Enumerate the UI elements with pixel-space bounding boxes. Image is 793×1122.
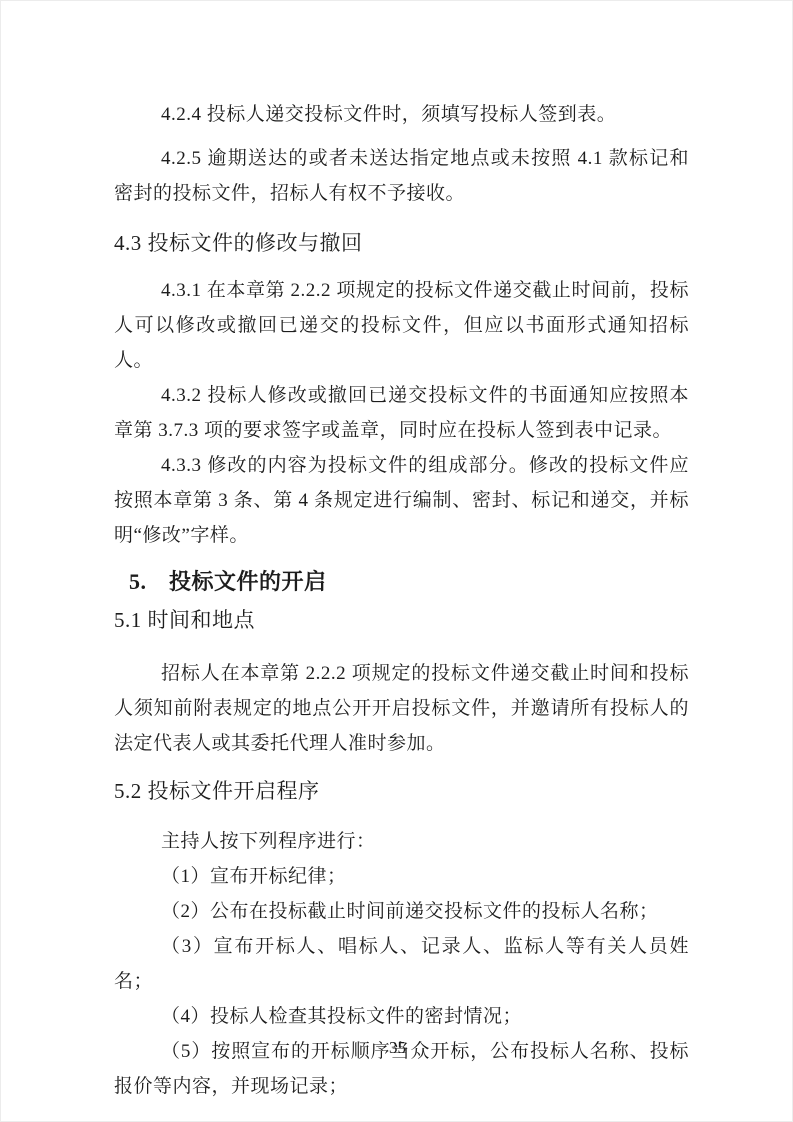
- chapter-heading-5: 5. 投标文件的开启: [114, 564, 689, 599]
- paragraph-4-3-2: 4.3.2 投标人修改或撤回已递交投标文件的书面通知应按照本章第 3.7.3 项…: [114, 378, 689, 448]
- list-item-1: （1）宣布开标纪律；: [114, 859, 689, 894]
- document-content: 4.2.4 投标人递交投标文件时，须填写投标人签到表。 4.2.5 逾期送达的或…: [114, 1, 689, 1104]
- paragraph-4-2-4: 4.2.4 投标人递交投标文件时，须填写投标人签到表。: [114, 97, 689, 132]
- paragraph-5-1: 招标人在本章第 2.2.2 项规定的投标文件递交截止时间和投标人须知前附表规定的…: [114, 656, 689, 761]
- paragraph-4-3-1: 4.3.1 在本章第 2.2.2 项规定的投标文件递交截止时间前，投标人可以修改…: [114, 273, 689, 378]
- paragraph-5-2-intro: 主持人按下列程序进行：: [114, 824, 689, 859]
- section-heading-4-3: 4.3 投标文件的修改与撤回: [114, 226, 689, 261]
- paragraph-4-3-3: 4.3.3 修改的内容为投标文件的组成部分。修改的投标文件应按照本章第 3 条、…: [114, 448, 689, 553]
- section-heading-5-1: 5.1 时间和地点: [114, 603, 689, 638]
- section-heading-5-2: 5.2 投标文件开启程序: [114, 774, 689, 809]
- list-item-2: （2）公布在投标截止时间前递交投标文件的投标人名称；: [114, 894, 689, 929]
- top-margin: [114, 1, 689, 97]
- page-number: 35: [1, 1037, 793, 1059]
- paragraph-4-2-5: 4.2.5 逾期送达的或者未送达指定地点或未按照 4.1 款标记和密封的投标文件…: [114, 141, 689, 211]
- document-page: 4.2.4 投标人递交投标文件时，须填写投标人签到表。 4.2.5 逾期送达的或…: [0, 0, 793, 1122]
- list-item-3: （3）宣布开标人、唱标人、记录人、监标人等有关人员姓名；: [114, 929, 689, 999]
- list-item-4: （4）投标人检查其投标文件的密封情况；: [114, 999, 689, 1034]
